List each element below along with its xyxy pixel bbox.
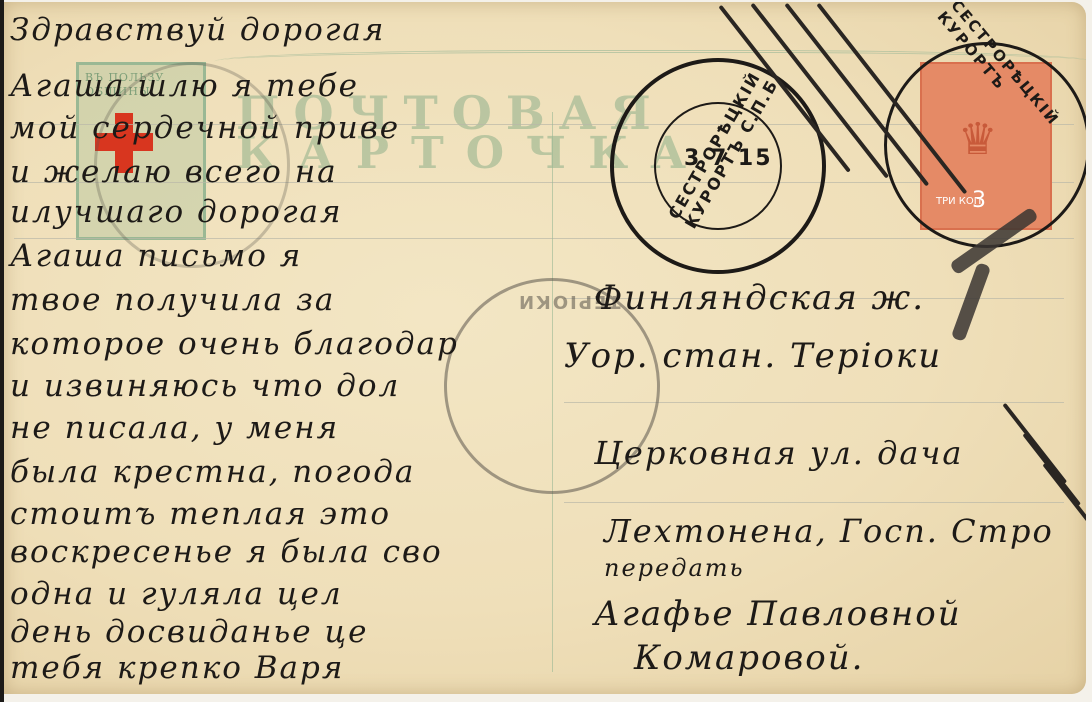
cancel-line	[1022, 433, 1081, 506]
address-line: Уор. стан. Терiоки	[564, 336, 942, 376]
postmark-date: 3 7 15	[684, 146, 773, 171]
message-line: стоитъ теплая это	[10, 496, 391, 532]
message-line: Агаша шлю я тебе	[10, 68, 359, 104]
address-line: Агафье Павловной	[594, 594, 962, 634]
postmark-text: СЕСТРОРѢЦКIЙ КУРОРТЪ	[934, 2, 1071, 150]
postmark-sestroretsk: СЕСТРОРѢЦКIЙ КУРОРТЪ С.П.Б. 3 7 15	[610, 58, 826, 274]
postmark-sestroretsk-stamp: СЕСТРОРѢЦКIЙ КУРОРТЪ	[884, 42, 1086, 248]
message-line: тебя крепко Варя	[10, 650, 344, 686]
message-line: Агаша письмо я	[10, 238, 302, 274]
cancel-line	[1002, 403, 1067, 484]
message-line: Здравствуй дорогая	[10, 12, 385, 48]
message-line: и желаю всего на	[10, 154, 338, 190]
message-line: илучшаго дорогая	[10, 194, 343, 230]
message-line: которое очень благодар	[10, 326, 459, 362]
address-rule	[564, 502, 1064, 503]
address-line: Церковная ул. дача	[594, 434, 963, 472]
message-line: день досвиданье це	[10, 614, 368, 650]
postcard: ПОЧТОВАЯ КАРТОЧКА ВЪ ПОЛЬЗУ ОБЩИНЫ ♛ ТРИ…	[4, 2, 1086, 694]
postage-due-mark	[951, 262, 992, 342]
address-line: Лехтонена, Госп. Стро	[604, 512, 1054, 550]
message-line: одна и гуляла цел	[10, 576, 343, 612]
message-line: мой сердечной приве	[10, 110, 400, 146]
message-line: и извиняюсь что дол	[10, 368, 400, 404]
address-line: передать	[604, 554, 745, 582]
message-line: не писала, у меня	[10, 410, 339, 446]
message-line: воскресенье я была сво	[10, 534, 443, 570]
message-line: твое получила за	[10, 282, 335, 318]
address-line: Финляндская ж.	[594, 278, 925, 318]
address-line: Комаровой.	[634, 638, 864, 678]
message-line: была крестна, погода	[10, 454, 415, 490]
